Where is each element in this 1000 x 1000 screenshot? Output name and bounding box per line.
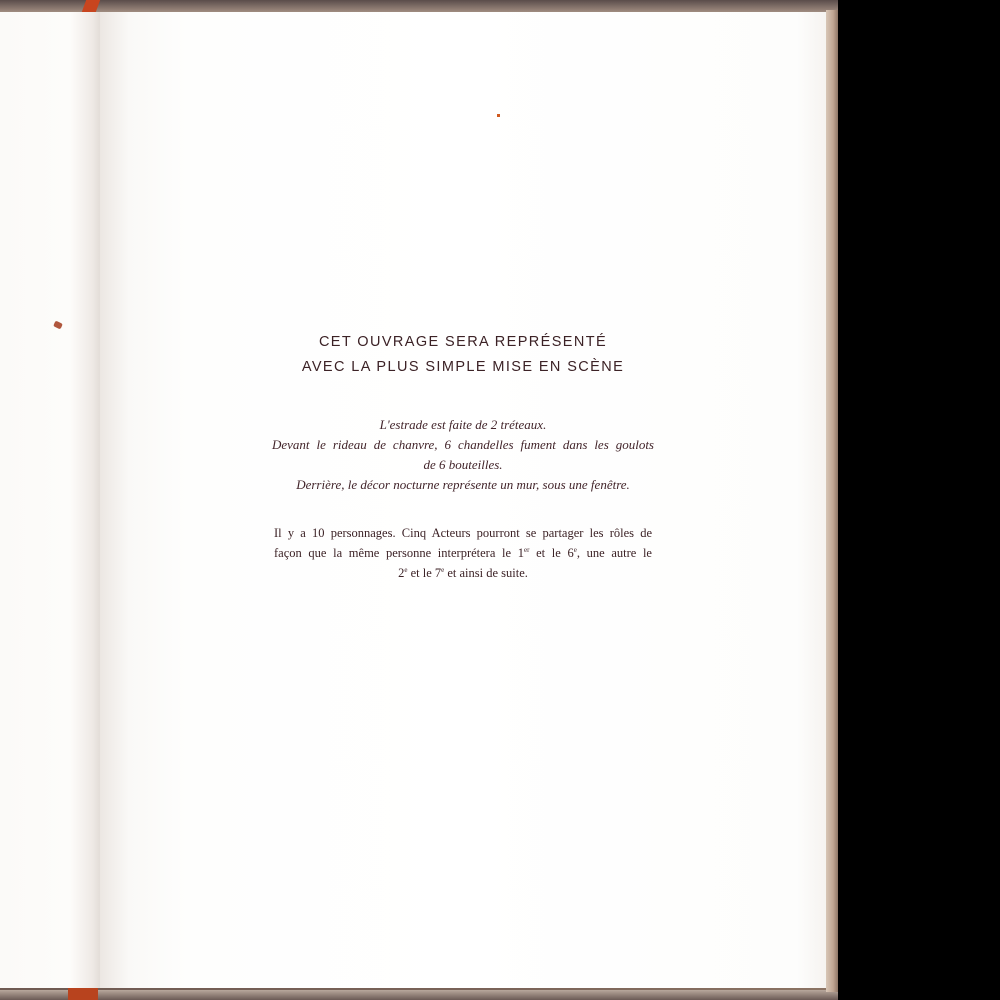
cast-text: façon que la même personne interprétera … <box>274 546 524 560</box>
cast-line-2: façon que la même personne interprétera … <box>274 543 652 563</box>
heading-line-1: CET OUVRAGE SERA REPRÉSENTÉ <box>319 334 607 350</box>
page-text-block: CET OUVRAGE SERA REPRÉSENTÉ AVEC LA PLUS… <box>100 330 826 583</box>
staging-line-4: Derrière, le décor nocturne représente u… <box>100 475 826 495</box>
cast-text: , une autre le <box>577 546 652 560</box>
cast-text: et ainsi de suite. <box>444 566 528 580</box>
staging-description: L'estrade est faite de 2 tréteaux. Devan… <box>100 415 826 495</box>
staging-line-1: L'estrade est faite de 2 tréteaux. <box>100 415 826 435</box>
cast-note: Il y a 10 personnages. Cinq Acteurs pour… <box>274 523 652 583</box>
cast-line-1: Il y a 10 personnages. Cinq Acteurs pour… <box>274 523 652 543</box>
left-page <box>0 12 100 988</box>
heading-line-2: AVEC LA PLUS SIMPLE MISE EN SCÈNE <box>302 359 624 375</box>
staging-line-2: Devant le rideau de chanvre, 6 chandelle… <box>272 435 654 455</box>
book-bottom-edge <box>0 990 838 1000</box>
cast-text: et le 6 <box>529 546 573 560</box>
cast-line-3: 2e et le 7e et ainsi de suite. <box>274 563 652 583</box>
page-fore-edge <box>826 10 838 992</box>
bookmark-ribbon-bottom <box>68 988 98 1000</box>
cast-text: et le 7 <box>407 566 441 580</box>
heading: CET OUVRAGE SERA REPRÉSENTÉ AVEC LA PLUS… <box>100 330 826 380</box>
book-top-edge <box>0 0 838 12</box>
scanned-book-spread: CET OUVRAGE SERA REPRÉSENTÉ AVEC LA PLUS… <box>0 0 1000 1000</box>
staging-line-3: de 6 bouteilles. <box>100 455 826 475</box>
paper-speck <box>497 114 500 117</box>
